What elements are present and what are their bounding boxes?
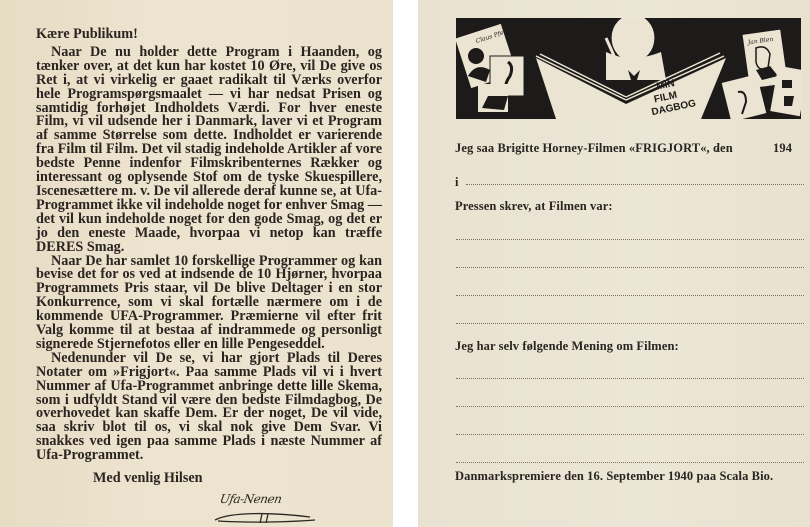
- press-line-2[interactable]: [456, 267, 804, 268]
- letter-body: Kære Publikum! Naar De nu holder dette P…: [36, 28, 382, 486]
- greeting: Kære Publikum!: [36, 28, 382, 42]
- press-line-1[interactable]: [456, 239, 804, 240]
- form-year-prefix: 194: [773, 141, 792, 156]
- opinion-line-1[interactable]: [456, 378, 804, 379]
- paragraph-1: Naar De nu holder dette Program i Haande…: [36, 46, 382, 255]
- left-page-letter: Kære Publikum! Naar De nu holder dette P…: [0, 0, 393, 527]
- closing: Med venlig Hilsen: [93, 472, 382, 486]
- opinion-line-4[interactable]: [456, 462, 804, 463]
- film-diary-banner: Claus Pfeiff MIN FILM DAGBOG: [456, 18, 801, 119]
- signature: Ufa-Nenen: [210, 490, 320, 525]
- film-diary-illustration-icon: Claus Pfeiff MIN FILM DAGBOG: [456, 18, 801, 119]
- press-line-3[interactable]: [456, 295, 804, 296]
- premiere-footer: Danmarkspremiere den 16. September 1940 …: [455, 469, 773, 484]
- press-wrote-label: Pressen skrev, at Filmen var:: [455, 199, 613, 214]
- paragraph-2: Naar De har samlet 10 forskellige Progra…: [36, 255, 382, 352]
- form-seen-film-label: Jeg saa Brigitte Horney-Filmen «FRIGJORT…: [455, 141, 733, 156]
- form-date-slash: /: [716, 141, 720, 156]
- cinema-input-line[interactable]: [466, 184, 804, 185]
- signature-flourish-icon: [210, 490, 320, 525]
- opinion-line-2[interactable]: [456, 406, 804, 407]
- own-opinion-label: Jeg har selv følgende Mening om Filmen:: [455, 339, 679, 354]
- opinion-line-3[interactable]: [456, 434, 804, 435]
- press-line-4[interactable]: [456, 323, 804, 324]
- right-page-film-diary: Claus Pfeiff MIN FILM DAGBOG: [418, 0, 810, 527]
- form-cinema-prefix: i: [455, 175, 459, 190]
- paragraph-3: Nedenunder vil De se, vi har gjort Plads…: [36, 352, 382, 463]
